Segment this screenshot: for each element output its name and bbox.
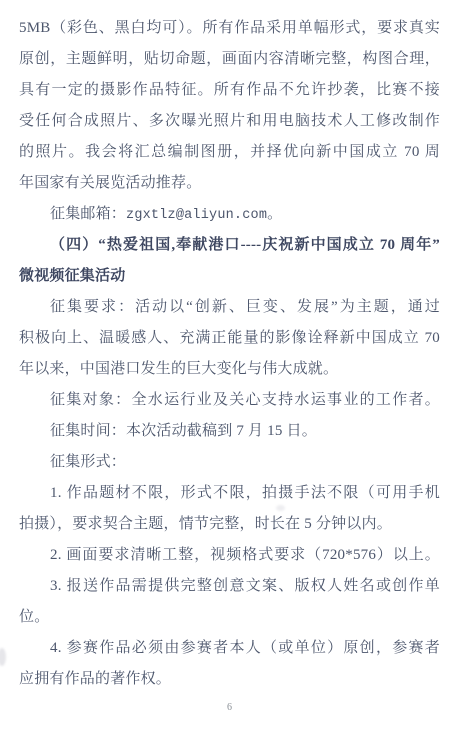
text-line: 征集邮箱：zgxtlz@aliyun.com。 bbox=[19, 199, 440, 230]
text-line: 征集时间：本次活动截稿到 7 月 15 日。 bbox=[19, 416, 440, 447]
text-line: 位。 bbox=[19, 602, 440, 633]
text-run: 征集邮箱： bbox=[50, 206, 126, 222]
text-line: 受任何合成照片、多次曝光照片和用电脑技术人工修改制作 bbox=[19, 106, 440, 137]
scan-artifact bbox=[0, 648, 6, 666]
text-line: 1. 作品题材不限，形式不限，拍摄手法不限（可用手机 bbox=[19, 478, 440, 509]
text-line: 年以来，中国港口发生的巨大变化与伟大成就。 bbox=[19, 354, 440, 385]
text-line: 征集要求：活动以“创新、巨变、发展”为主题，通过 bbox=[19, 292, 440, 323]
text-line: 具有一定的摄影作品特征。所有作品不允许抄袭，比赛不接 bbox=[19, 75, 440, 106]
text-line: 积极向上、温暖感人、充满正能量的影像诠释新中国成立 70 bbox=[19, 323, 440, 354]
text-run: 。 bbox=[267, 206, 282, 222]
heading-line: （四）“热爱祖国,奉献港口----庆祝新中国成立 70 周年” bbox=[19, 230, 440, 261]
text-line: 2. 画面要求清晰工整，视频格式要求（720*576）以上。 bbox=[19, 540, 440, 571]
text-line: 应拥有作品的著作权。 bbox=[19, 664, 440, 695]
heading-line: 微视频征集活动 bbox=[19, 261, 440, 292]
text-line: 征集形式： bbox=[19, 447, 440, 478]
text-line: 4. 参赛作品必须由参赛者本人（或单位）原创，参赛者 bbox=[19, 633, 440, 664]
document-page: 5MB（彩色、黑白均可）。所有作品采用单幅形式，要求真实原创，主题鲜明，贴切命题… bbox=[0, 0, 459, 736]
text-line: 拍摄），要求契合主题，情节完整，时长在 5 分钟以内。 bbox=[19, 509, 440, 540]
text-line: 的照片。我会将汇总编制图册，并择优向新中国成立 70 周 bbox=[19, 137, 440, 168]
document-lines: 5MB（彩色、黑白均可）。所有作品采用单幅形式，要求真实原创，主题鲜明，贴切命题… bbox=[19, 13, 440, 695]
text-line: 3. 报送作品需提供完整创意文案、版权人姓名或创作单 bbox=[19, 571, 440, 602]
page-number: 6 bbox=[0, 702, 459, 714]
email-address: zgxtlz@aliyun.com bbox=[126, 208, 267, 223]
text-line: 原创，主题鲜明，贴切命题，画面内容清晰完整，构图合理， bbox=[19, 44, 440, 75]
text-line: 征集对象：全水运行业及关心支持水运事业的工作者。 bbox=[19, 385, 440, 416]
text-line: 年国家有关展览活动推荐。 bbox=[19, 168, 440, 199]
text-line: 5MB（彩色、黑白均可）。所有作品采用单幅形式，要求真实 bbox=[19, 13, 440, 44]
